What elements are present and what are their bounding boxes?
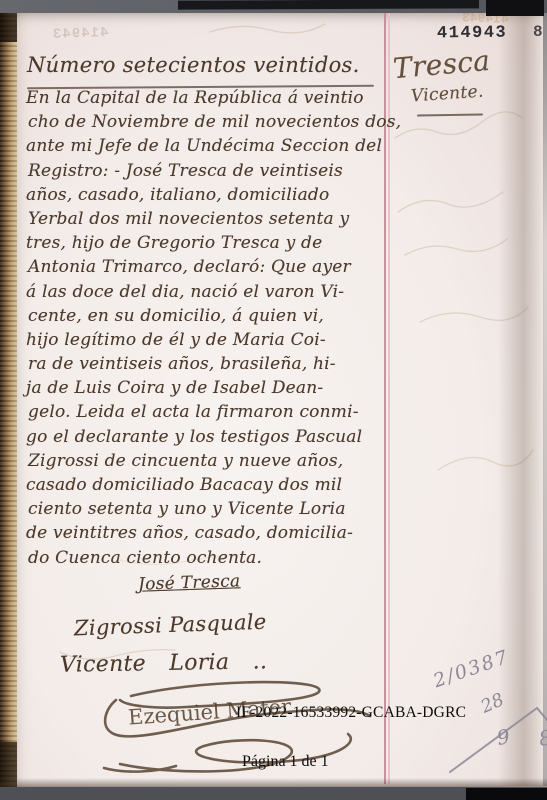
record-line: do Cuenca ciento ochenta. — [28, 548, 382, 572]
record-line: go el declarante y los testigos Pascual — [26, 427, 382, 451]
record-body-text: En la Capital de la República á veintio … — [26, 88, 382, 572]
scanner-background-bottom — [0, 787, 547, 800]
page-edge-shadow — [543, 12, 547, 786]
signature-witness-2: Vicente Loria .. — [60, 649, 268, 678]
record-line: ja de Luis Coira y de Isabel Dean- — [26, 378, 382, 402]
document-reference-overlay: IF-2022-16533992-GCABA-DGRC — [236, 704, 466, 722]
book-gutter-shadow — [498, 12, 544, 786]
record-line: hijo legítimo de él y de Maria Coi- — [26, 330, 382, 354]
record-line: gelo. Leida el acta la firmaron conmi- — [28, 402, 382, 426]
page-stack-stripes — [0, 0, 17, 800]
record-line: Antonia Trimarco, declaró: Que ayer — [28, 257, 382, 281]
record-line: años, casado, italiano, domiciliado — [26, 185, 382, 209]
folio-stamp-bleedthrough: 414943 — [52, 25, 109, 43]
signature-declarant: José Tresca — [138, 571, 241, 595]
record-line: de veintitres años, casado, domicilia- — [26, 523, 382, 547]
record-number-heading: Número setecientos veintidos. — [27, 53, 360, 77]
record-line: En la Capital de la República á veintio — [26, 88, 382, 112]
scanned-civil-registry-page: Número setecientos veintidos. En la Capi… — [0, 0, 547, 800]
scanner-background-notch — [486, 0, 544, 16]
record-line: cho de Noviembre de mil novecientos dos, — [28, 112, 382, 136]
record-line: ra de veintiseis años, brasileña, hi- — [28, 354, 382, 378]
record-line: Yerbal dos mil novecientos setenta y — [28, 209, 382, 233]
record-line: casado domiciliado Bacacay dos mil — [26, 475, 382, 499]
record-line: Registro: - José Tresca de veintiseis — [28, 161, 382, 185]
record-line: cente, en su domicilio, á quien vi, — [28, 306, 382, 330]
scanner-background-bottom-dark — [466, 788, 547, 800]
record-line: ante mi Jefe de la Undécima Seccion del — [26, 136, 382, 160]
record-line: ciento setenta y uno y Vicente Loria — [28, 499, 382, 523]
record-line: Zigrossi de cincuenta y nueve años, — [28, 451, 382, 475]
folio-number-stamp: 414943 — [437, 24, 507, 44]
record-line: á las doce del dia, nació el varon Vi- — [26, 282, 382, 306]
scanner-background-dark-wedge — [178, 0, 479, 10]
record-line: tres, hijo de Gregorio Tresca y de — [26, 233, 382, 257]
pagination-overlay: Página 1 de 1 — [242, 753, 329, 771]
